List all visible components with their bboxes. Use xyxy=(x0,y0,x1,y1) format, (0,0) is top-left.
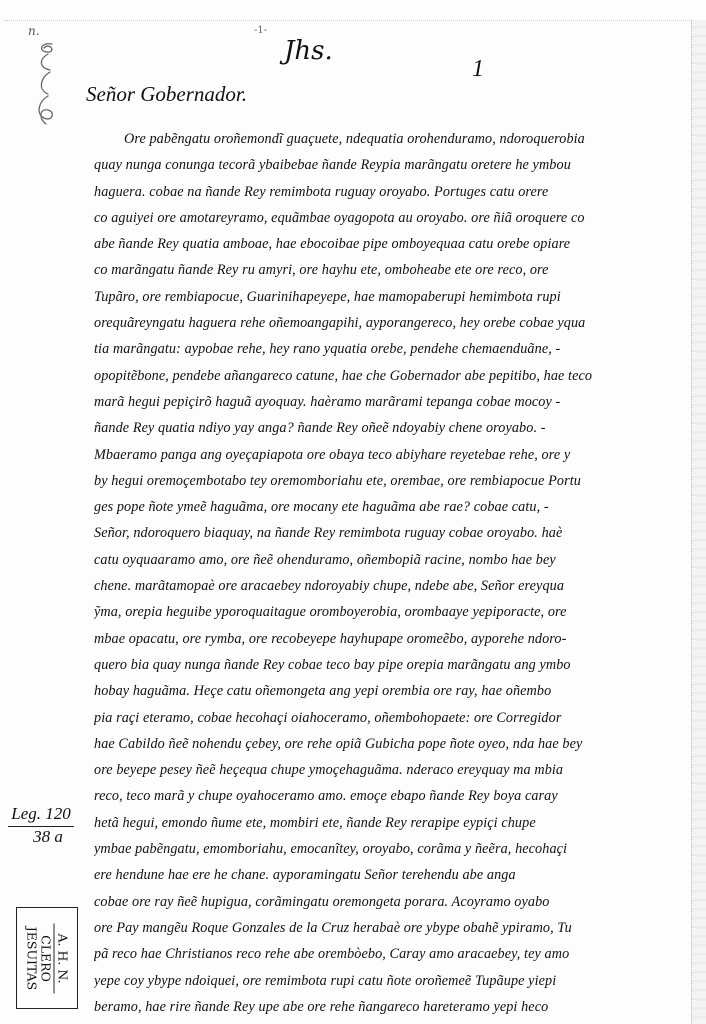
text-line: hobay haguãma. Heçe catu oñemongeta ang … xyxy=(94,678,690,704)
archive-stamp: A. H. N. CLERO JESUITAS xyxy=(16,907,78,1009)
text-line: Ore pabẽngatu oroñemondĩ guaçuete, ndequ… xyxy=(94,126,690,152)
text-line: by hegui oremoçembotabo tey oremomboriah… xyxy=(94,468,690,494)
text-line: ñande Rey quatia ndiyo yay anga? ñande R… xyxy=(94,415,690,441)
text-line: ere hendune hae ere he chane. ayporaming… xyxy=(94,862,690,888)
text-line: quero bia quay nunga ñande Rey cobae tec… xyxy=(94,652,690,678)
stamp-line-2: CLERO xyxy=(39,935,53,982)
text-line: co marãngatu ñande Rey ru amyri, ore hay… xyxy=(94,257,690,283)
manuscript-page: n. -1- Jhs. 1 Señor Gobernador. Ore pabẽ… xyxy=(0,0,706,1024)
text-line: tia marãngatu: aypobae rehe, hey rano yq… xyxy=(94,336,690,362)
stamp-line-1: A. H. N. xyxy=(56,933,70,983)
top-mark: -1- xyxy=(254,25,267,36)
text-line: quay nunga conunga tecorã ybaibebae ñand… xyxy=(94,152,690,178)
page-binding-edge xyxy=(691,20,706,1024)
text-line: abe ñande Rey quatia amboae, hae ebocoib… xyxy=(94,231,690,257)
text-line: Señor, ndoroquero biaquay, na ñande Rey … xyxy=(94,520,690,546)
text-line: haguera. cobae na ñande Rey remimbota ru… xyxy=(94,179,690,205)
text-line: ges pope ñote ymeẽ haguãma, ore mocany e… xyxy=(94,494,690,520)
text-line: hae Cabildo ñeẽ nohendu çebey, ore rehe … xyxy=(94,731,690,757)
letter-body: Ore pabẽngatu oroñemondĩ guaçuete, ndequ… xyxy=(94,126,690,1020)
rubric-flourish-icon xyxy=(30,38,70,128)
page-top-edge xyxy=(4,20,692,22)
text-line: mbae opacatu, ore rymba, ore recobeyepe … xyxy=(94,626,690,652)
text-line: Tupãro, ore rembiapocue, Guarinihapeyepe… xyxy=(94,284,690,310)
text-line: beramo, hae rire ñande Rey upe abe ore r… xyxy=(94,994,690,1020)
header-monogram: Jhs. xyxy=(284,36,333,66)
text-line: chene. marãtamopaè ore aracaebey ndoroya… xyxy=(94,573,690,599)
text-line: ỹma, orepia heguibe yporoquaitague oromb… xyxy=(94,599,690,625)
legajo-sub-number: 38 a xyxy=(8,827,74,847)
text-line: yepe coy ybype ndoiquei, ore remimbota r… xyxy=(94,968,690,994)
text-line: ore Pay mangẽu Roque Gonzales de la Cruz… xyxy=(94,915,690,941)
text-line: ore beyepe pesey ñeẽ heçequa chupe ymoçe… xyxy=(94,757,690,783)
text-line: opopitẽbone, pendebe añangareco catune, … xyxy=(94,363,690,389)
stamp-line-3: JESUITAS xyxy=(25,926,39,989)
text-line: co aguiyei ore amotareyramo, equãmbae oy… xyxy=(94,205,690,231)
text-line: pia raçi eteramo, cobae hecohaçi oiahoce… xyxy=(94,705,690,731)
legajo-annotation: Leg. 120 38 a xyxy=(8,804,74,847)
text-line: Mbaeramo panga ang oyeçapiapota ore obay… xyxy=(94,442,690,468)
folio-number: 1 xyxy=(472,56,484,83)
text-line: marã hegui pepiçirõ haguã ayoquay. haèra… xyxy=(94,389,690,415)
text-line: ymbae pabẽngatu, emomboriahu, emocanĩtey… xyxy=(94,836,690,862)
text-line: cobae ore ray ñeẽ hupigua, corãmingatu o… xyxy=(94,889,690,915)
stamp-divider xyxy=(54,923,55,993)
text-line: reco, teco marã y chupe oyahoceramo amo.… xyxy=(94,783,690,809)
corner-mark: n. xyxy=(28,24,40,38)
text-line: pã reco hae Christianos reco rehe abe or… xyxy=(94,941,690,967)
text-line: orequãreyngatu haguera rehe oñemoangapih… xyxy=(94,310,690,336)
text-line: catu oyquaaramo amo, ore ñeẽ ohenduramo,… xyxy=(94,547,690,573)
salutation: Señor Gobernador. xyxy=(86,82,247,107)
text-line: hetã hegui, emondo ñume ete, mombiri ete… xyxy=(94,810,690,836)
legajo-number: Leg. 120 xyxy=(8,804,74,827)
